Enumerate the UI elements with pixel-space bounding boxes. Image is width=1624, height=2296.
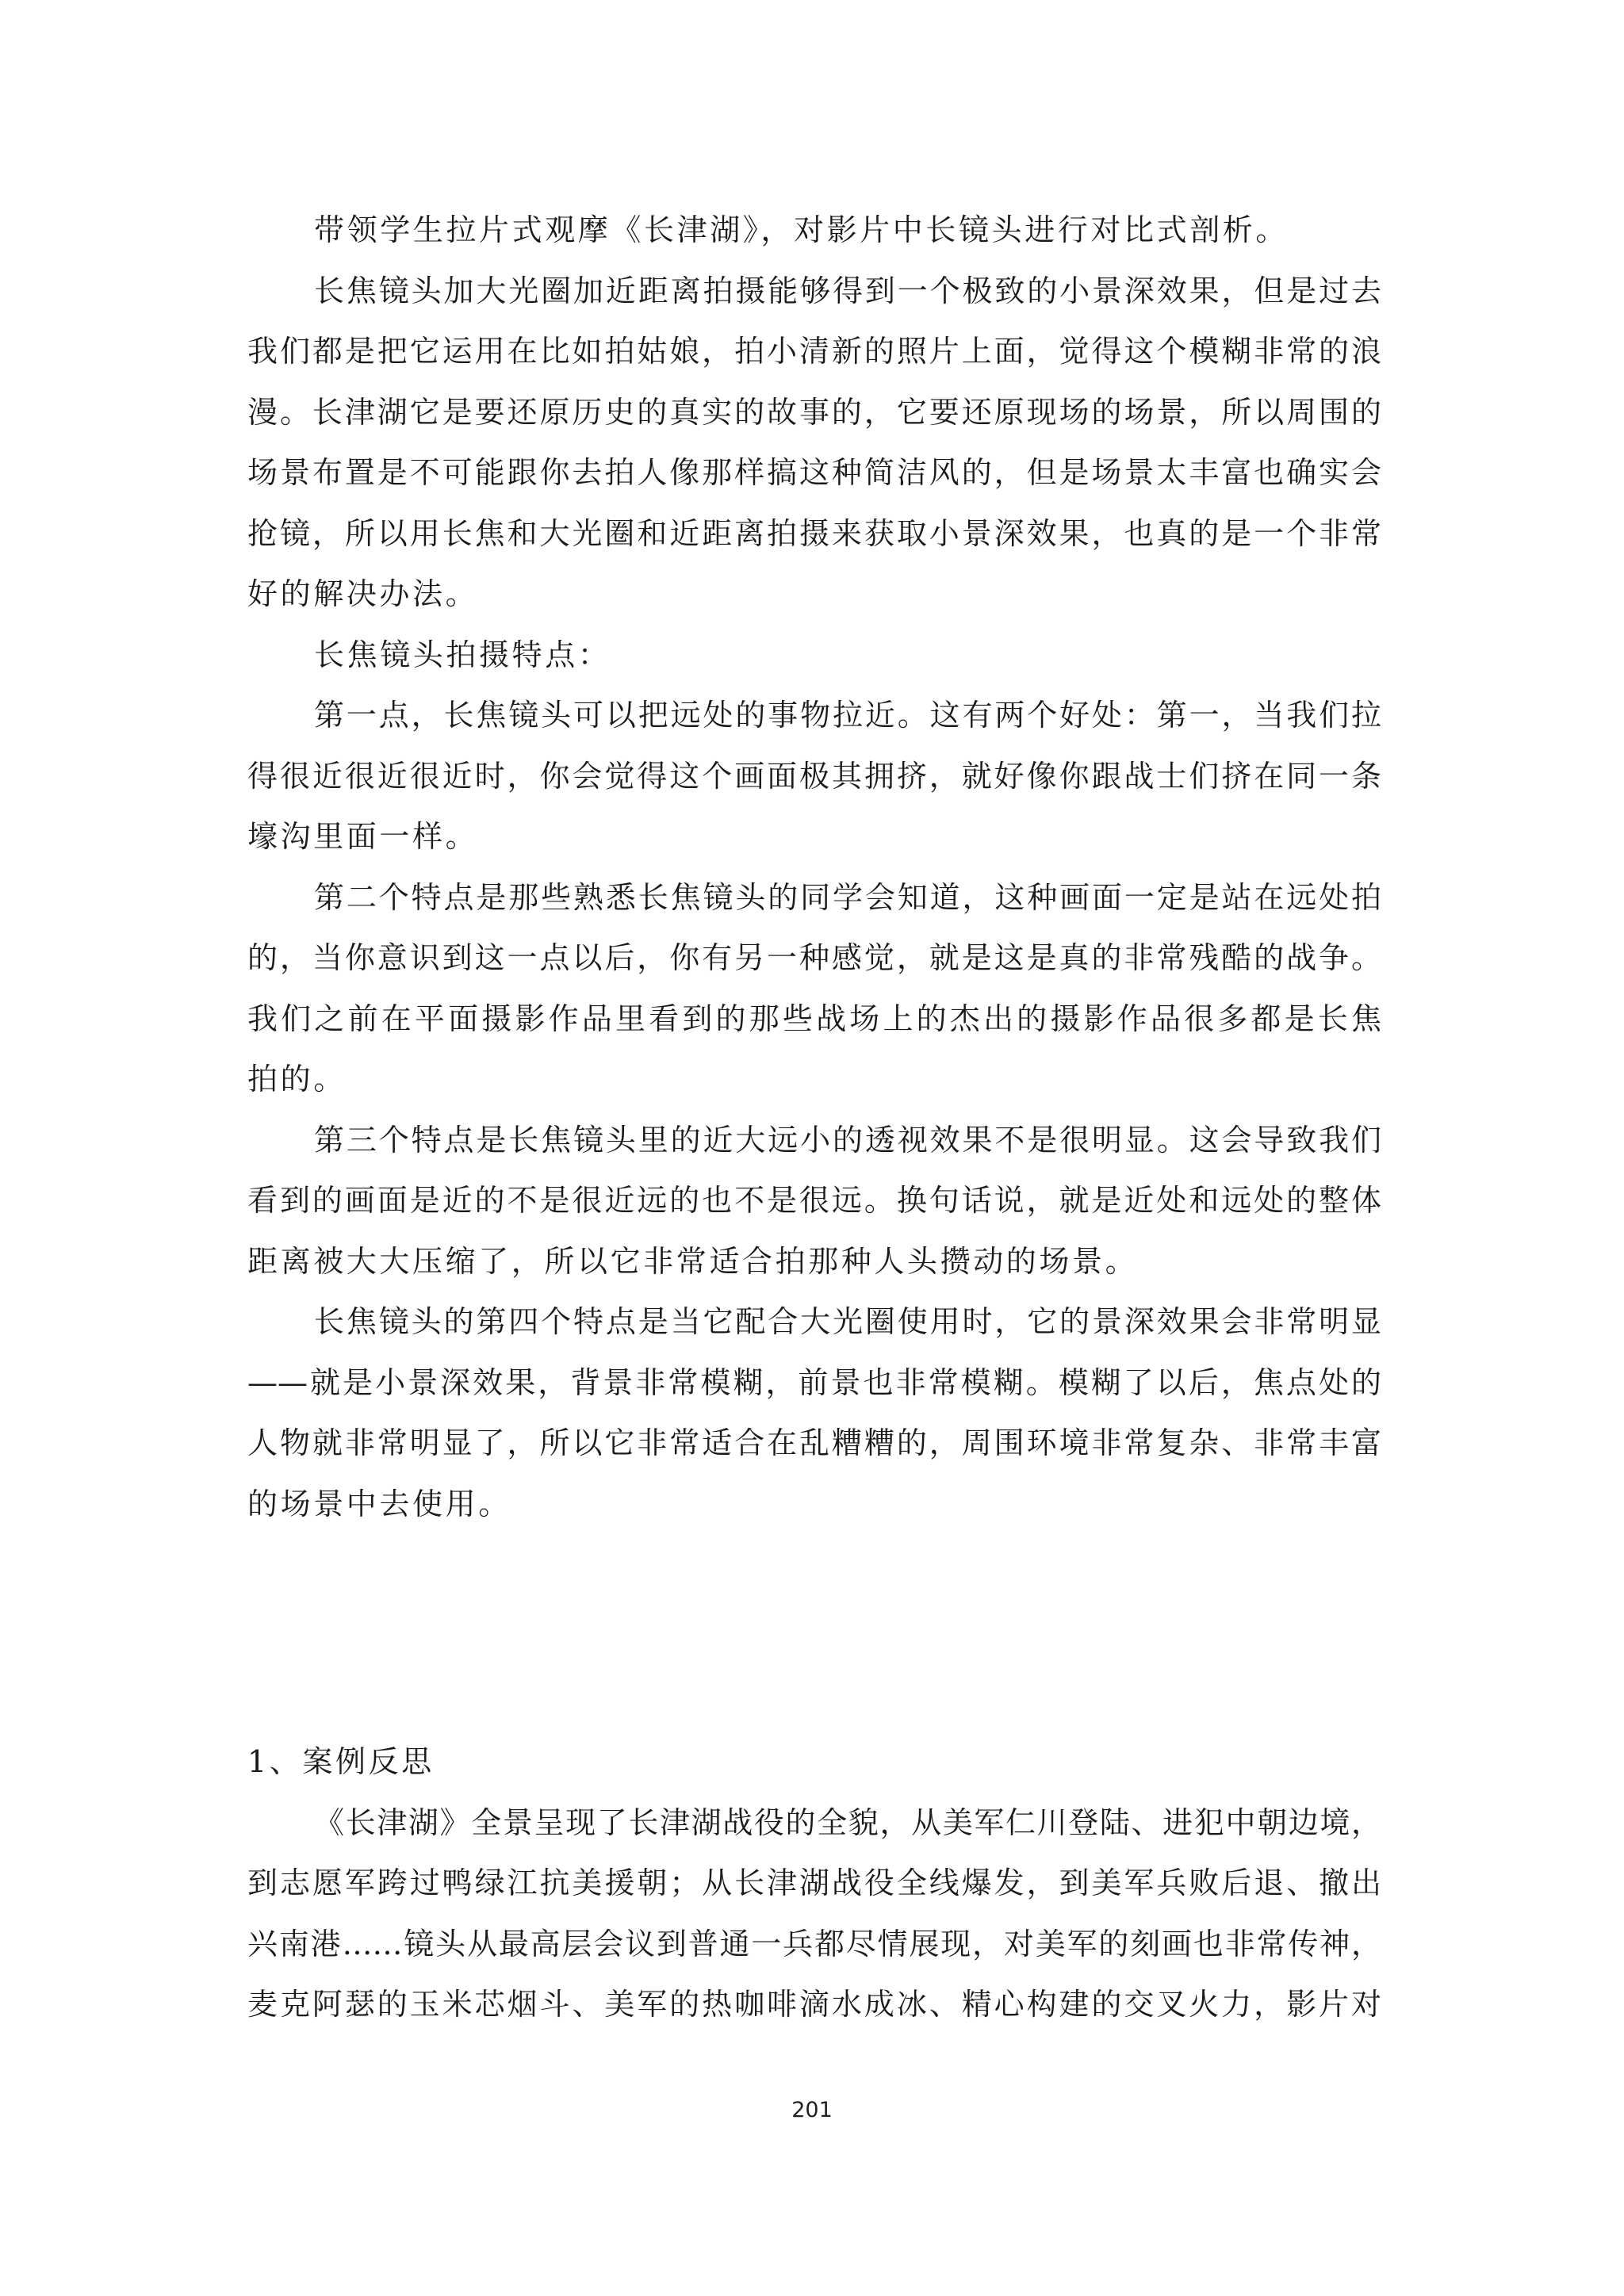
paragraph-feature-four: 长焦镜头的第四个特点是当它配合大光圈使用时，它的景深效果会非常明显 ——就是小景… [247, 1291, 1381, 1534]
text-line: 的场景中去使用。 [247, 1474, 1381, 1535]
paragraph-intro: 带领学生拉片式观摩《长津湖》，对影片中长镜头进行对比式剖析。 [247, 200, 1381, 261]
text-line: 抢镜，所以用长焦和大光圈和近距离拍摄来获取小景深效果，也真的是一个非常 [247, 503, 1381, 564]
paragraph-changjin-lake-overview: 《长津湖》全景呈现了长津湖战役的全貌，从美军仁川登陆、进犯中朝边境， 到志愿军跨… [247, 1793, 1381, 2035]
text-line: 长焦镜头加大光圈加近距离拍摄能够得到一个极致的小景深效果，但是过去 [247, 261, 1381, 322]
text-line: 人物就非常明显了，所以它非常适合在乱糟糟的，周围环境非常复杂、非常丰富 [247, 1413, 1381, 1474]
text-line: 的，当你意识到这一点以后，你有另一种感觉，就是这是真的非常残酷的战争。 [247, 928, 1381, 989]
subheading-text: 长焦镜头拍摄特点： [247, 625, 1381, 686]
text-line: 第二个特点是那些熟悉长焦镜头的同学会知道，这种画面一定是站在远处拍 [247, 867, 1381, 928]
text-line: 我们之前在平面摄影作品里看到的那些战场上的杰出的摄影作品很多都是长焦 [247, 989, 1381, 1050]
paragraph-feature-two: 第二个特点是那些熟悉长焦镜头的同学会知道，这种画面一定是站在远处拍 的，当你意识… [247, 867, 1381, 1110]
text-line: 壕沟里面一样。 [247, 806, 1381, 867]
text-line: 拍的。 [247, 1049, 1381, 1110]
text-line: 麦克阿瑟的玉米芯烟斗、美军的热咖啡滴水成冰、精心构建的交叉火力，影片对 [247, 1974, 1381, 2035]
paragraph-feature-one: 第一点，长焦镜头可以把远处的事物拉近。这有两个好处：第一，当我们拉 得很近很近很… [247, 685, 1381, 867]
subheading-telephoto-features: 长焦镜头拍摄特点： [247, 625, 1381, 686]
text-line: ——就是小景深效果，背景非常模糊，前景也非常模糊。模糊了以后，焦点处的 [247, 1353, 1381, 1414]
text-line: 我们都是把它运用在比如拍姑娘，拍小清新的照片上面，觉得这个模糊非常的浪 [247, 321, 1381, 382]
text-line: 得很近很近很近时，你会觉得这个画面极其拥挤，就好像你跟战士们挤在同一条 [247, 746, 1381, 807]
text-line: 到志愿军跨过鸭绿江抗美援朝；从长津湖战役全线爆发，到美军兵败后退、撤出 [247, 1853, 1381, 1914]
section-case-reflection: 1、案例反思 《长津湖》全景呈现了长津湖战役的全貌，从美军仁川登陆、进犯中朝边境… [247, 1732, 1381, 2035]
text-line: 漫。长津湖它是要还原历史的真实的故事的，它要还原现场的场景，所以周围的 [247, 382, 1381, 443]
text-line: 看到的画面是近的不是很近远的也不是很远。换句话说，就是近处和远处的整体 [247, 1170, 1381, 1231]
text-line: 长焦镜头的第四个特点是当它配合大光圈使用时，它的景深效果会非常明显 [247, 1291, 1381, 1353]
text-line: 第三个特点是长焦镜头里的近大远小的透视效果不是很明显。这会导致我们 [247, 1110, 1381, 1171]
section-heading: 1、案例反思 [247, 1732, 1381, 1793]
text-line: 《长津湖》全景呈现了长津湖战役的全貌，从美军仁川登陆、进犯中朝边境， [247, 1793, 1381, 1854]
text-line: 兴南港……镜头从最高层会议到普通一兵都尽情展现，对美军的刻画也非常传神， [247, 1914, 1381, 1975]
text-line: 第一点，长焦镜头可以把远处的事物拉近。这有两个好处：第一，当我们拉 [247, 685, 1381, 746]
text-line: 带领学生拉片式观摩《长津湖》，对影片中长镜头进行对比式剖析。 [247, 200, 1381, 261]
document-page: 带领学生拉片式观摩《长津湖》，对影片中长镜头进行对比式剖析。 长焦镜头加大光圈加… [0, 0, 1624, 2296]
text-line: 好的解决办法。 [247, 564, 1381, 625]
page-number: 201 [0, 2098, 1624, 2122]
section-lens-analysis: 带领学生拉片式观摩《长津湖》，对影片中长镜头进行对比式剖析。 长焦镜头加大光圈加… [247, 200, 1381, 1534]
paragraph-feature-three: 第三个特点是长焦镜头里的近大远小的透视效果不是很明显。这会导致我们 看到的画面是… [247, 1110, 1381, 1292]
text-line: 场景布置是不可能跟你去拍人像那样搞这种简洁风的，但是场景太丰富也确实会 [247, 442, 1381, 503]
text-line: 距离被大大压缩了，所以它非常适合拍那种人头攒动的场景。 [247, 1231, 1381, 1292]
paragraph-telephoto-shallow-dof: 长焦镜头加大光圈加近距离拍摄能够得到一个极致的小景深效果，但是过去 我们都是把它… [247, 261, 1381, 625]
